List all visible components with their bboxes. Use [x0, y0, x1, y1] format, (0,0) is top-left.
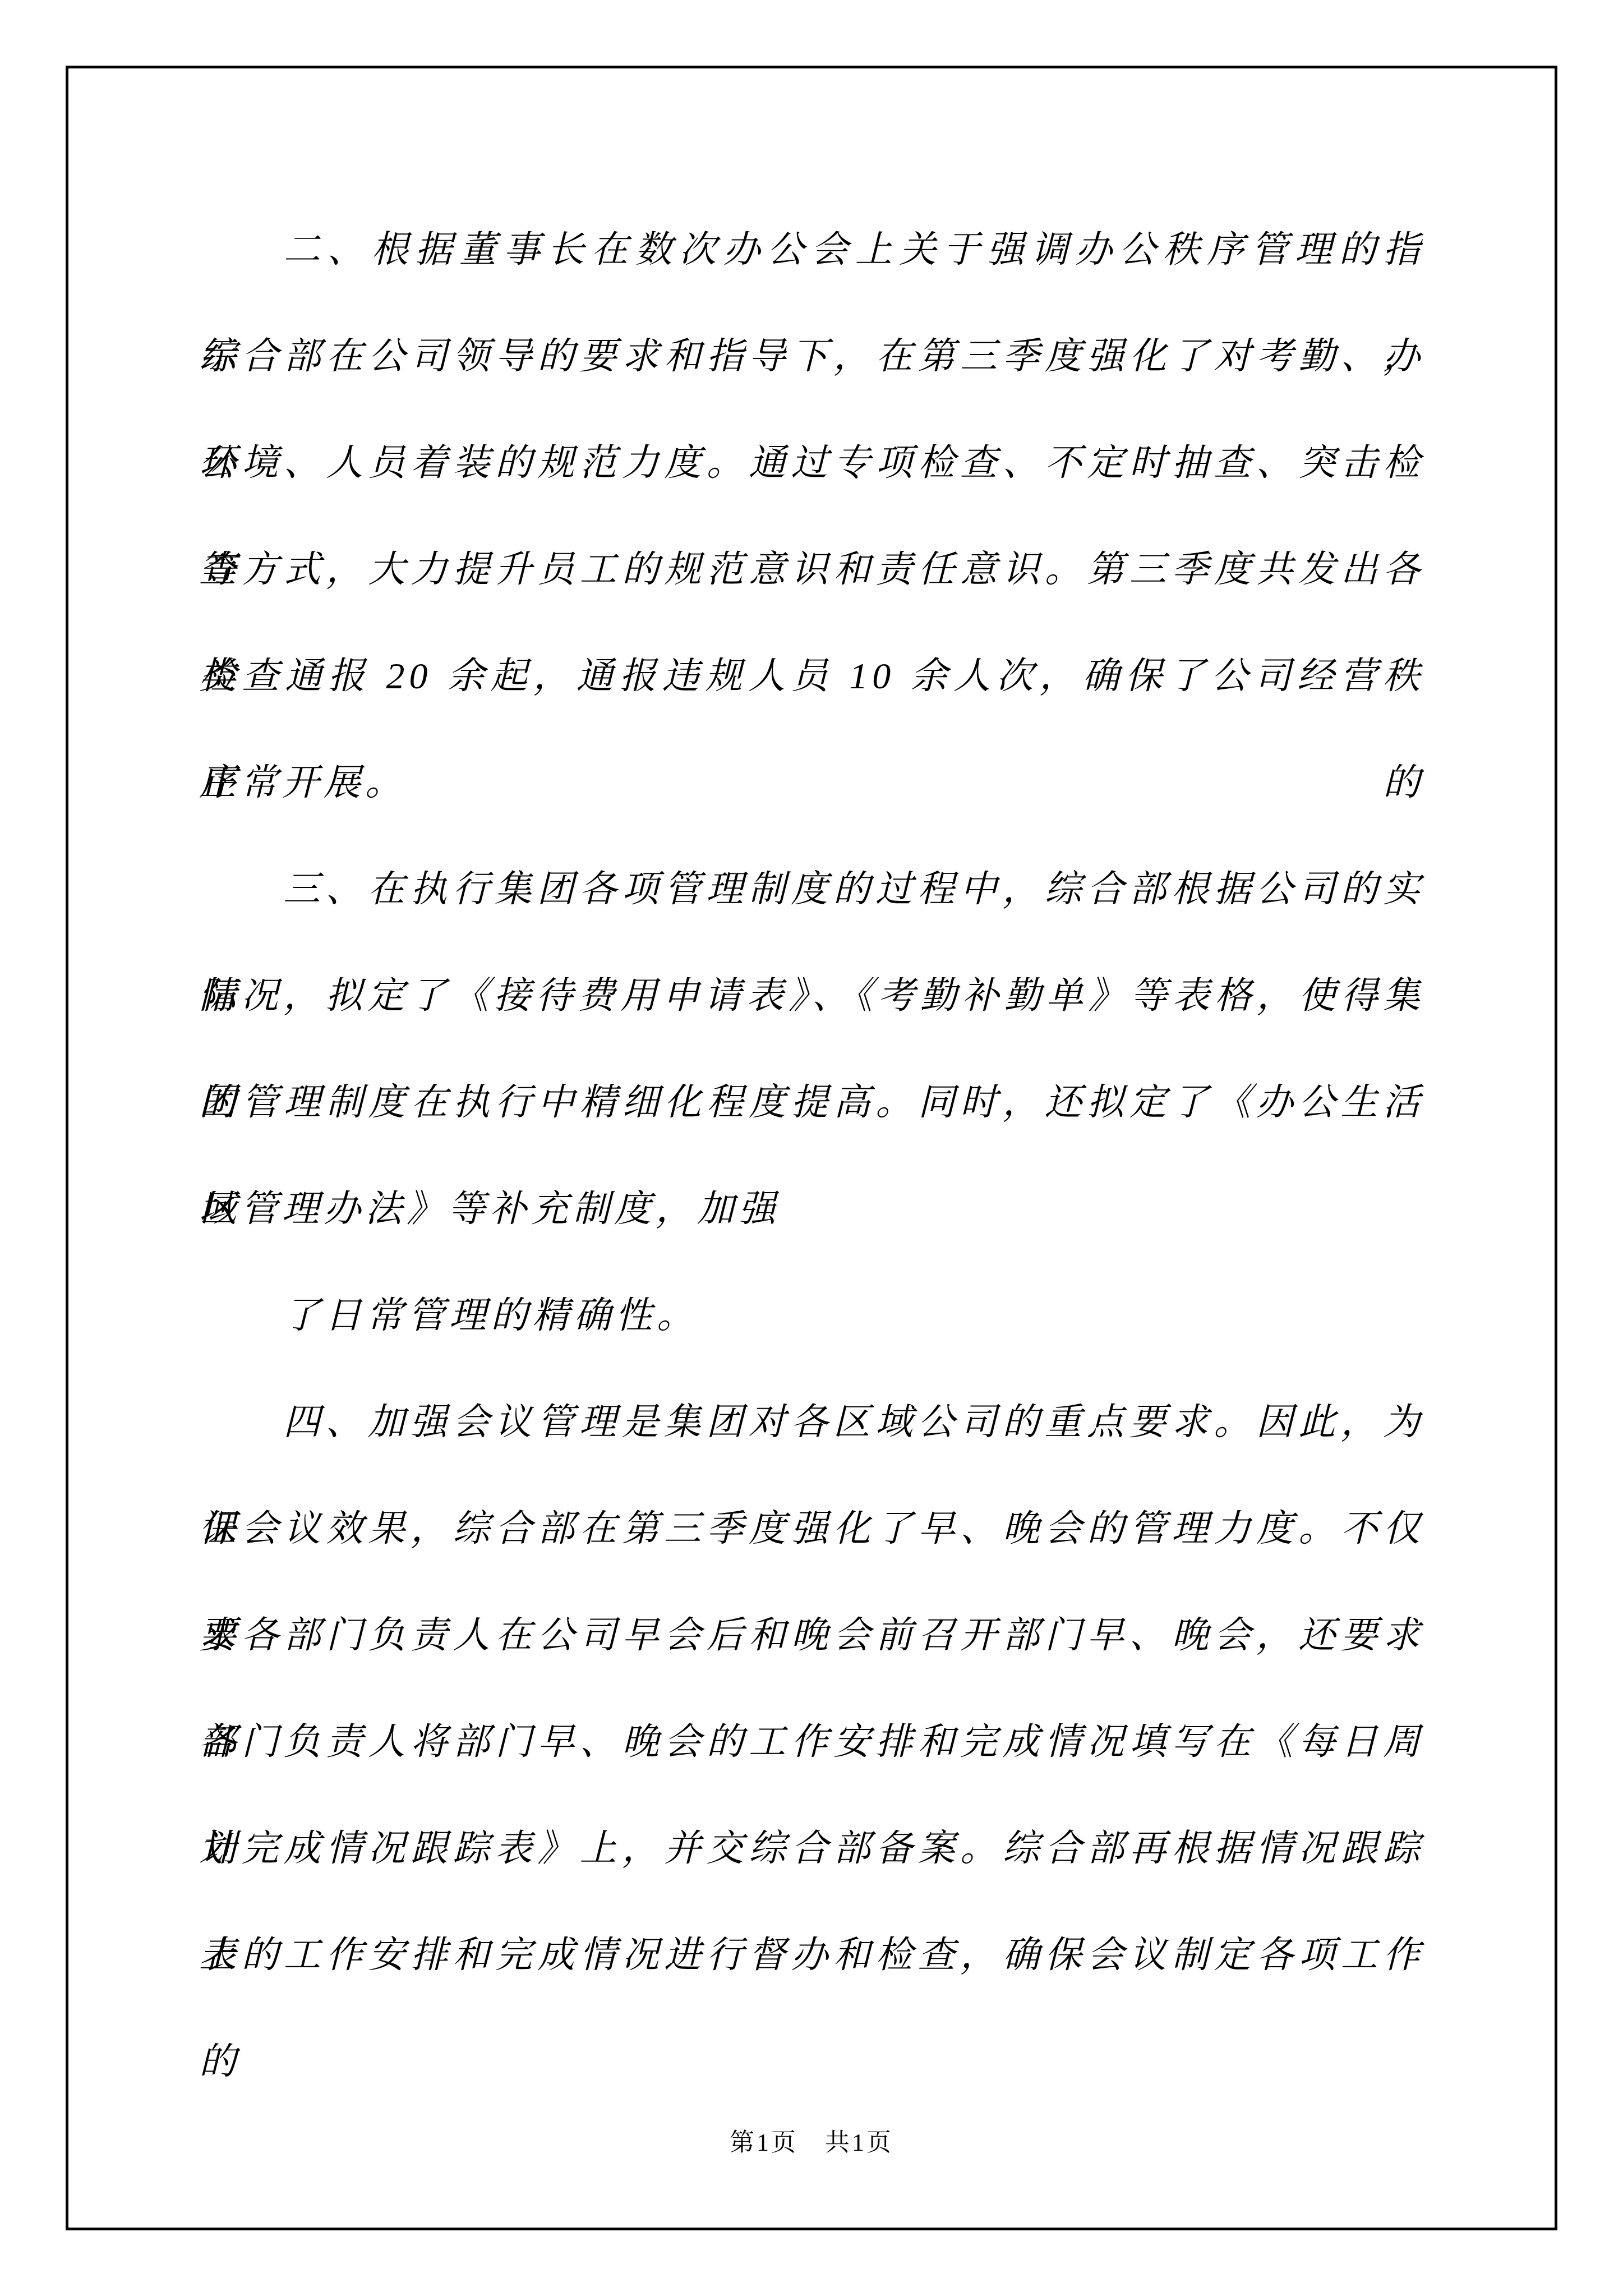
- text-line: 部门负责人将部门早、晚会的工作安排和完成情况填写在《每日周计: [199, 1689, 1424, 1796]
- text-line: 证会议效果，综合部在第三季度强化了早、晚会的管理力度。不仅要: [199, 1476, 1424, 1582]
- text-line: 的管理制度在执行中精细化程度提高。同时，还拟定了《办公生活区: [199, 1050, 1424, 1156]
- document-body: 二、根据董事长在数次办公会上关于强调办公秩序管理的指示， 综合部在公司领导的要求…: [199, 197, 1424, 2009]
- page-number: 第1页 共1页: [730, 2129, 893, 2156]
- text-line: 求各部门负责人在公司早会后和晚会前召开部门早、晚会，还要求各: [199, 1582, 1424, 1689]
- document-page: 二、根据董事长在数次办公会上关于强调办公秩序管理的指示， 综合部在公司领导的要求…: [0, 0, 1623, 2296]
- text-line: 情况，拟定了《接待费用申请表》、《考勤补勤单》等表格，使得集团: [199, 943, 1424, 1050]
- text-line: 划完成情况跟踪表》上，并交综合部备案。综合部再根据情况跟踪表: [199, 1796, 1424, 1902]
- text-line: 上的工作安排和完成情况进行督办和检查，确保会议制定各项工作的: [199, 1902, 1424, 2009]
- text-line: 二、根据董事长在数次办公会上关于强调办公秩序管理的指示，: [199, 197, 1424, 303]
- text-line: 等方式，大力提升员工的规范意识和责任意识。第三季度共发出各类: [199, 517, 1424, 623]
- text-line: 了日常管理的精确性。: [199, 1263, 1424, 1369]
- text-line: 检查通报 20 余起，通报违规人员 10 余人次，确保了公司经营秩序的: [199, 623, 1424, 730]
- text-line: 三、在执行集团各项管理制度的过程中，综合部根据公司的实际: [199, 836, 1424, 943]
- text-line: 综合部在公司领导的要求和指导下，在第三季度强化了对考勤、办公: [199, 303, 1424, 410]
- text-line: 四、加强会议管理是集团对各区域公司的重点要求。因此，为保: [199, 1369, 1424, 1476]
- page-footer: 第1页 共1页: [0, 2126, 1623, 2160]
- text-line: 环境、人员着装的规范力度。通过专项检查、不定时抽查、突击检查: [199, 410, 1424, 517]
- text-line: 域管理办法》等补充制度，加强: [199, 1156, 1424, 1263]
